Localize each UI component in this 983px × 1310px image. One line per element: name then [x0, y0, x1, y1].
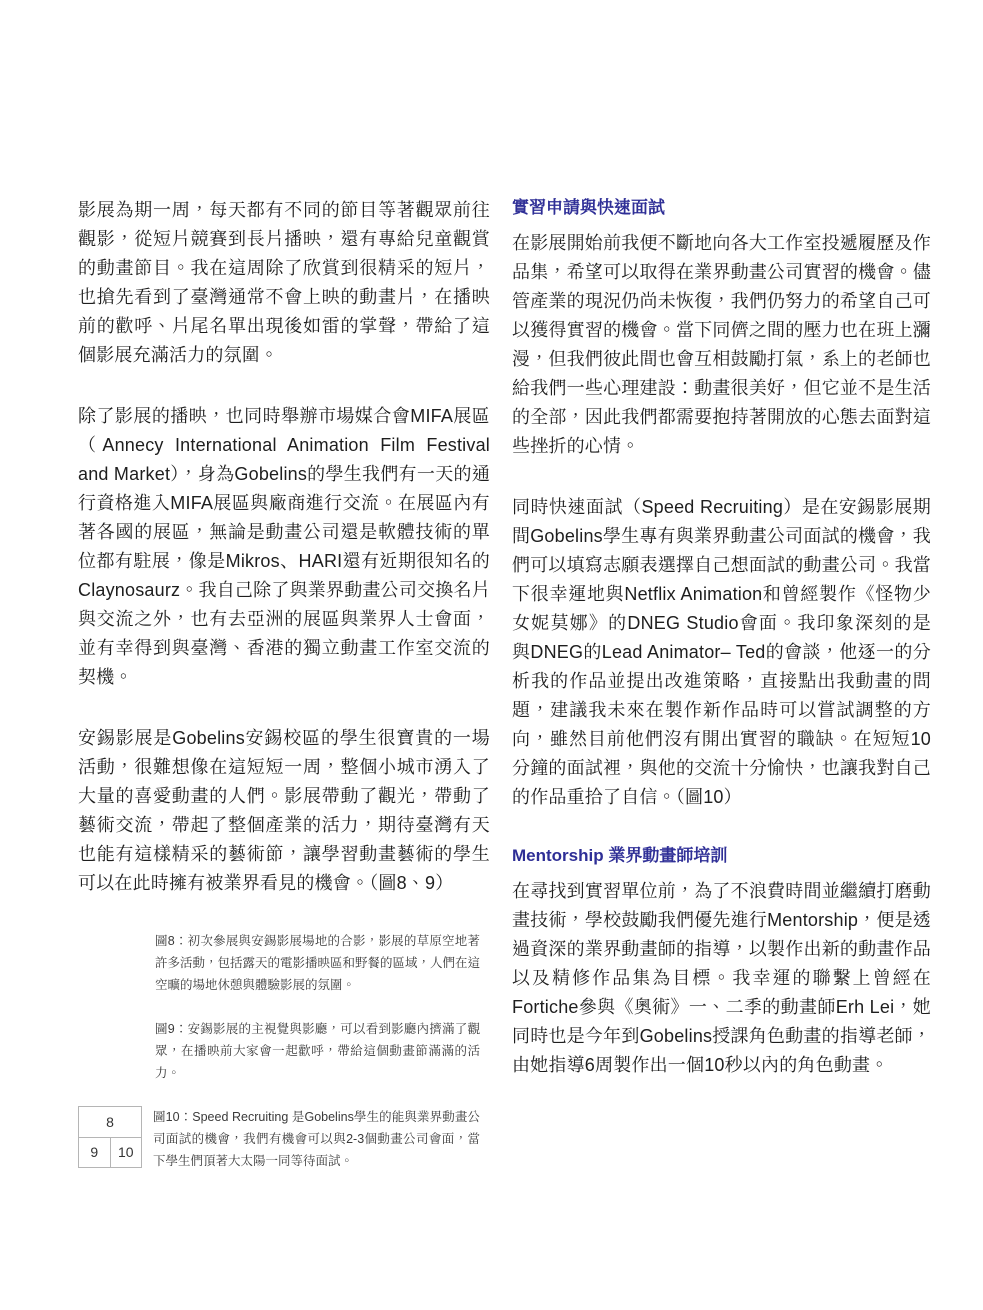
caption-group: 圖8：初次參展與安錫影展場地的合影，影展的草原空地著許多活動，包括露天的電影播映…	[155, 930, 480, 1084]
section-heading-mentorship: Mentorship 業界動畫師培訓	[512, 844, 931, 868]
right-column: 實習申請與快速面試 在影展開始前我便不斷地向各大工作室投遞履歷及作品集，希望可以…	[512, 196, 931, 1112]
figure-index-cell-10: 10	[111, 1138, 142, 1168]
figure-index-cell-8: 8	[79, 1107, 141, 1138]
document-page: 影展為期一周，每天都有不同的節目等著觀眾前往觀影，從短片競賽到長片播映，還有專給…	[0, 0, 983, 1310]
figure-caption-10: 圖10：Speed Recruiting 是Gobelins學生的能與業界動畫公…	[153, 1106, 480, 1172]
left-column: 影展為期一周，每天都有不同的節目等著觀眾前往觀影，從短片競賽到長片播映，還有專給…	[78, 196, 490, 1172]
body-paragraph-internship-applications: 在影展開始前我便不斷地向各大工作室投遞履歷及作品集，希望可以取得在業界動畫公司實…	[512, 229, 931, 461]
body-paragraph-festival-week: 影展為期一周，每天都有不同的節目等著觀眾前往觀影，從短片競賽到長片播映，還有專給…	[78, 196, 490, 370]
body-paragraph-mifa-market: 除了影展的播映，也同時舉辦市場媒合會MIFA展區（Annecy Internat…	[78, 402, 490, 692]
figure-caption-8: 圖8：初次參展與安錫影展場地的合影，影展的草原空地著許多活動，包括露天的電影播映…	[155, 930, 480, 996]
body-paragraph-annecy-value: 安錫影展是Gobelins安錫校區的學生很寶貴的一場活動，很難想像在這短短一周，…	[78, 724, 490, 898]
figure-index-bottom-row: 9 10	[79, 1138, 141, 1168]
body-paragraph-speed-recruiting: 同時快速面試（Speed Recruiting）是在安錫影展期間Gobelins…	[512, 493, 931, 812]
section-heading-internship: 實習申請與快速面試	[512, 196, 931, 220]
figure-10-row: 8 9 10 圖10：Speed Recruiting 是Gobelins學生的…	[78, 1106, 480, 1172]
figure-caption-9: 圖9：安錫影展的主視覺與影廳，可以看到影廳內擠滿了觀眾，在播映前大家會一起歡呼，…	[155, 1018, 480, 1084]
figure-index-box: 8 9 10	[78, 1106, 142, 1168]
body-paragraph-mentorship: 在尋找到實習單位前，為了不浪費時間並繼續打磨動畫技術，學校鼓勵我們優先進行Men…	[512, 877, 931, 1080]
figure-index-cell-9: 9	[79, 1138, 111, 1168]
